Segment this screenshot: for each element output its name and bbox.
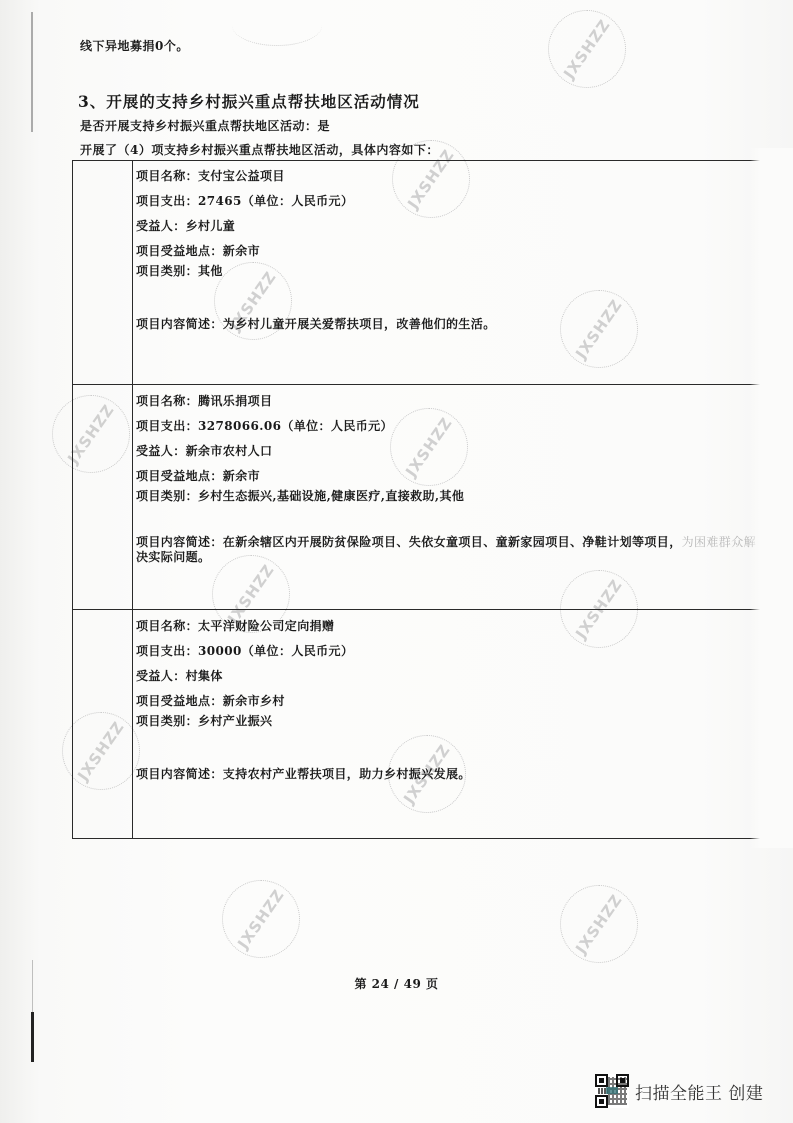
project-expense: 项目支出：27465（单位：人民币元） — [136, 192, 353, 209]
stamp-watermark: JXSHZZ — [548, 10, 626, 88]
scan-fade-right — [750, 148, 793, 848]
scanner-badge-label: 扫描全能王 创建 — [635, 1079, 763, 1104]
project-description: 项目内容简述：支持农村产业帮扶项目，助力乡村振兴发展。 — [136, 765, 471, 782]
project-expense: 项目支出：3278066.06（单位：人民币元） — [136, 417, 393, 434]
project-name: 项目名称：腾讯乐捐项目 — [136, 392, 272, 409]
project-location: 项目受益地点：新余市乡村 — [136, 692, 285, 709]
project-row: 项目名称：支付宝公益项目 项目支出：27465（单位：人民币元） 受益人：乡村儿… — [73, 161, 761, 385]
project-category: 项目类别：乡村生态振兴,基础设施,健康医疗,直接救助,其他 — [136, 487, 464, 504]
project-details: 项目名称：支付宝公益项目 项目支出：27465（单位：人民币元） 受益人：乡村儿… — [136, 161, 761, 384]
project-row: 项目名称：太平洋财险公司定向捐赠 项目支出：30000（单位：人民币元） 受益人… — [73, 610, 761, 839]
project-description-continued: 决实际问题。 — [136, 548, 210, 565]
faded-text: 为困难群众解 — [682, 535, 756, 549]
project-location: 项目受益地点：新余市 — [136, 467, 260, 484]
section-heading: 3、开展的支持乡村振兴重点帮扶地区活动情况 — [78, 90, 420, 112]
project-beneficiary: 受益人：乡村儿童 — [136, 217, 235, 234]
scanner-badge: 扫描全能王 创建 — [595, 1072, 763, 1110]
project-description: 项目内容简述：为乡村儿童开展关爱帮扶项目，改善他们的生活。 — [136, 315, 496, 332]
stamp-watermark-arc — [232, 5, 322, 46]
stamp-watermark: JXSHZZ — [560, 885, 638, 963]
row-index-cell — [73, 385, 133, 609]
project-name: 项目名称：支付宝公益项目 — [136, 167, 285, 184]
project-description: 项目内容简述：在新余辖区内开展防贫保险项目、失依女童项目、童新家园项目、净鞋计划… — [136, 533, 756, 550]
project-row: 项目名称：腾讯乐捐项目 项目支出：3278066.06（单位：人民币元） 受益人… — [73, 385, 761, 610]
projects-table: 项目名称：支付宝公益项目 项目支出：27465（单位：人民币元） 受益人：乡村儿… — [72, 160, 761, 839]
stamp-watermark: JXSHZZ — [222, 880, 300, 958]
row-index-cell — [73, 161, 133, 384]
project-beneficiary: 受益人：新余市农村人口 — [136, 442, 272, 459]
question-line: 是否开展支持乡村振兴重点帮扶地区活动：是 — [80, 117, 330, 134]
project-category: 项目类别：乡村产业振兴 — [136, 712, 272, 729]
count-line: 开展了（4）项支持乡村振兴重点帮扶地区活动，具体内容如下： — [80, 141, 439, 158]
project-name: 项目名称：太平洋财险公司定向捐赠 — [136, 617, 334, 634]
project-details: 项目名称：腾讯乐捐项目 项目支出：3278066.06（单位：人民币元） 受益人… — [136, 385, 761, 609]
project-category: 项目类别：其他 — [136, 262, 223, 279]
intro-line: 线下异地募捐0个。 — [80, 37, 189, 54]
project-expense: 项目支出：30000（单位：人民币元） — [136, 642, 353, 659]
scan-edge-bottom — [31, 1012, 34, 1062]
project-beneficiary: 受益人：村集体 — [136, 667, 223, 684]
project-details: 项目名称：太平洋财险公司定向捐赠 项目支出：30000（单位：人民币元） 受益人… — [136, 610, 761, 838]
page-number: 第 24 / 49 页 — [0, 975, 793, 992]
qr-code-icon — [595, 1074, 629, 1108]
row-index-cell — [73, 610, 133, 838]
project-location: 项目受益地点：新余市 — [136, 242, 260, 259]
scan-edge-top — [31, 12, 33, 132]
